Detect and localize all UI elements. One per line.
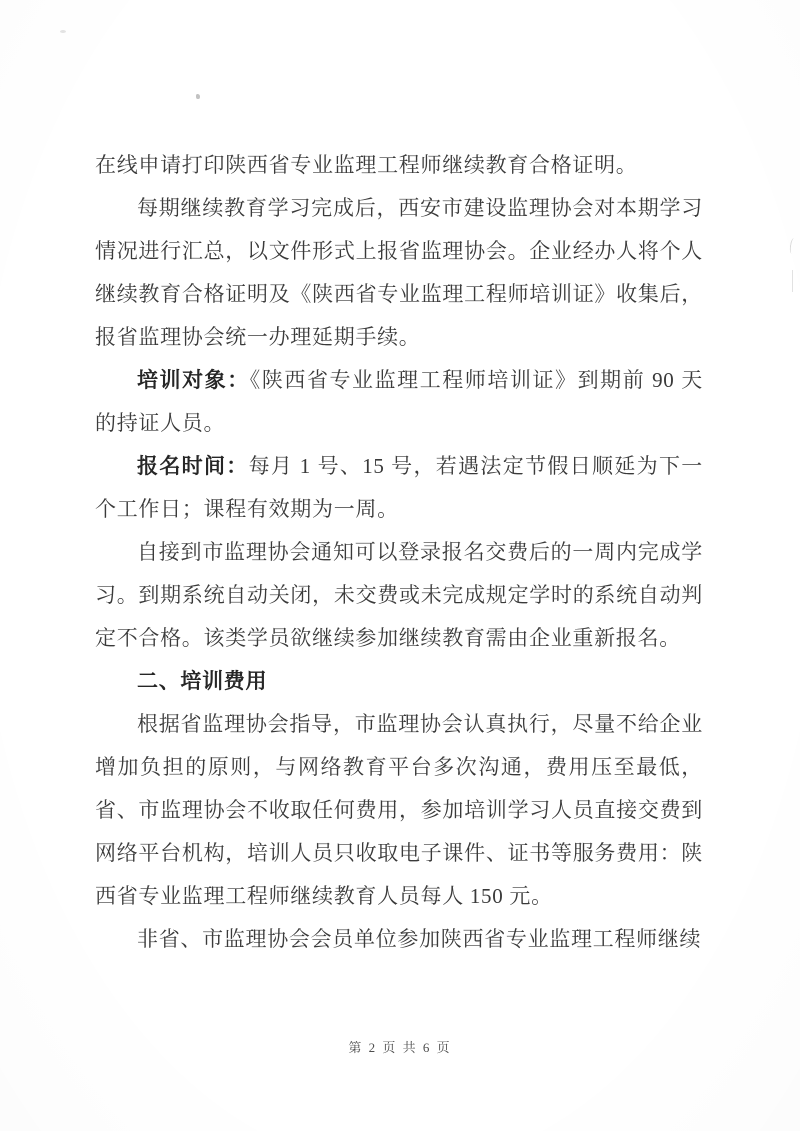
para-completion-window: 自接到市监理协会通知可以登录报名交费后的一周内完成学习。到期系统自动关闭，未交费… — [95, 531, 703, 660]
para-training-target: 培训对象：《陕西省专业监理工程师培训证》到期前 90 天的持证人员。 — [95, 359, 703, 445]
text-segment: 自接到市监理协会通知可以登录报名交费后的一周内完成学习。到期系统自动关闭，未交费… — [95, 540, 703, 650]
bold-text-segment: 报名时间： — [137, 454, 249, 478]
scan-speck-artifact — [196, 94, 200, 99]
text-segment: 在线申请打印陕西省专业监理工程师继续教育合格证明。 — [95, 153, 638, 177]
heading-training-fee: 二、培训费用 — [95, 660, 703, 703]
bold-text-segment: 二、培训费用 — [137, 669, 267, 693]
text-segment: 根据省监理协会指导，市监理协会认真执行，尽量不给企业增加负担的原则，与网络教育平… — [95, 712, 703, 908]
scan-edge-artifact — [789, 238, 797, 255]
para-summary-reporting: 每期继续教育学习完成后，西安市建设监理协会对本期学习情况进行汇总，以文件形式上报… — [95, 187, 703, 359]
text-segment: 非省、市监理协会会员单位参加陕西省专业监理工程师继续 — [137, 927, 701, 951]
para-fee-details: 根据省监理协会指导，市监理协会认真执行，尽量不给企业增加负担的原则，与网络教育平… — [95, 703, 703, 918]
para-registration-time: 报名时间：每月 1 号、15 号，若遇法定节假日顺延为下一个工作日；课程有效期为… — [95, 445, 703, 531]
document-body: 在线申请打印陕西省专业监理工程师继续教育合格证明。每期继续教育学习完成后，西安市… — [95, 144, 703, 961]
page-number-footer: 第 2 页 共 6 页 — [0, 1039, 800, 1057]
para-non-member-units: 非省、市监理协会会员单位参加陕西省专业监理工程师继续 — [95, 918, 703, 961]
bold-text-segment: 培训对象： — [137, 368, 250, 392]
text-segment: 每期继续教育学习完成后，西安市建设监理协会对本期学习情况进行汇总，以文件形式上报… — [95, 196, 703, 349]
scan-speck-artifact — [60, 30, 66, 33]
scanned-document-page: 在线申请打印陕西省专业监理工程师继续教育合格证明。每期继续教育学习完成后，西安市… — [0, 0, 800, 1131]
scan-edge-artifact — [792, 270, 793, 292]
para-continuation: 在线申请打印陕西省专业监理工程师继续教育合格证明。 — [95, 144, 703, 187]
